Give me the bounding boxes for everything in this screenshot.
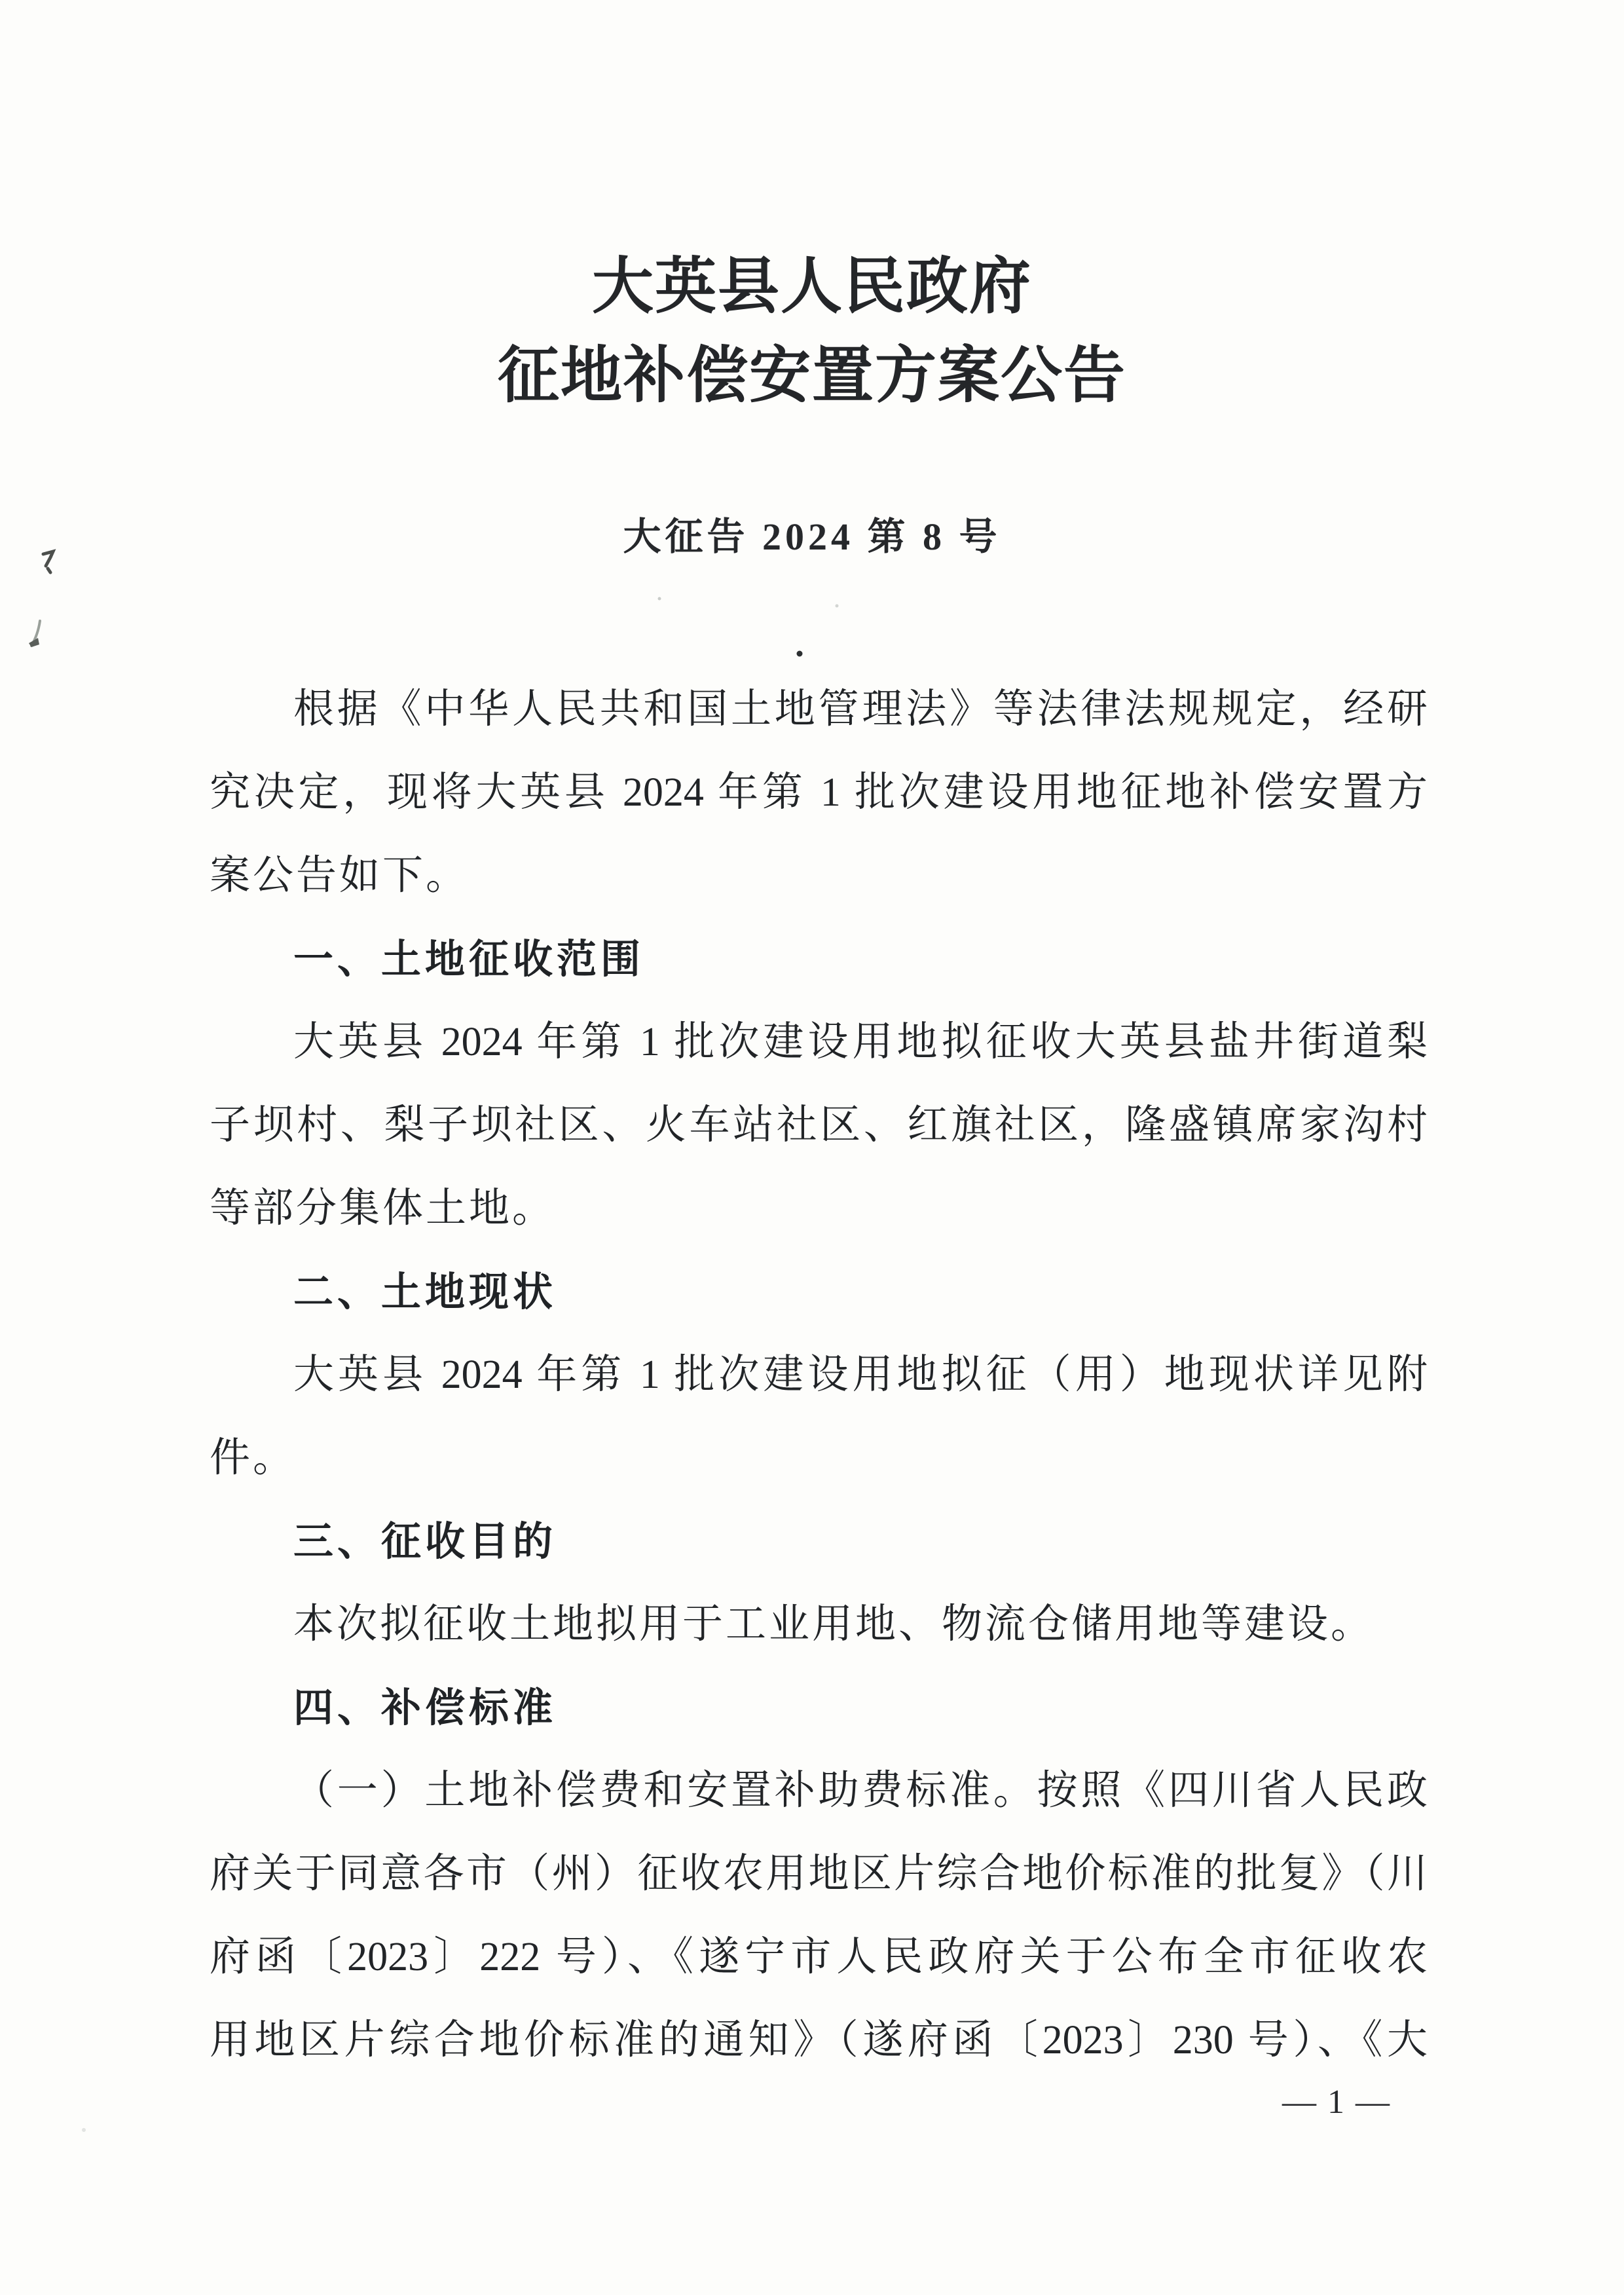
body-line: 件。: [210, 1417, 1428, 1500]
section-heading: 二、土地现状: [210, 1250, 1428, 1334]
scan-artifact-speck3: [82, 2128, 86, 2132]
section-heading: 一、土地征收范围: [210, 918, 1428, 1001]
body-line: 案公告如下。: [210, 834, 1428, 918]
scan-artifact-blob: [29, 638, 39, 647]
body-line: 等部分集体土地。: [210, 1167, 1428, 1250]
body-line: 本次拟征收土地拟用于工业用地、物流仓储用地等建设。: [210, 1583, 1428, 1666]
body-line: 子坝村、梨子坝社区、火车站社区、红旗社区，隆盛镇席家沟村: [210, 1084, 1428, 1167]
section-heading: 三、征收目的: [210, 1500, 1428, 1583]
body-line: （一）土地补偿费和安置补助费标准。按照《四川省人民政: [210, 1749, 1428, 1833]
body-line: 大英县 2024 年第 1 批次建设用地拟征（用）地现状详见附: [210, 1334, 1428, 1417]
document-title-line1: 大英县人民政府: [0, 242, 1624, 331]
body-line: 府函〔2023〕222 号）、《遂宁市人民政府关于公布全市征收农: [210, 1916, 1428, 1999]
body-line: 根据《中华人民共和国土地管理法》等法律法规规定，经研: [210, 668, 1428, 751]
page-number: — 1 —: [1282, 2081, 1391, 2123]
scan-artifact-dot: [797, 651, 803, 657]
section-heading: 四、补偿标准: [210, 1666, 1428, 1749]
body-line: 究决定，现将大英县 2024 年第 1 批次建设用地征地补偿安置方: [210, 751, 1428, 834]
scan-artifact-stroke: [31, 621, 40, 646]
document-title: 大英县人民政府 征地补偿安置方案公告: [0, 242, 1624, 420]
scan-artifact-speck1: [658, 597, 661, 601]
body-line: 府关于同意各市（州）征收农用地区片综合地价标准的批复》（川: [210, 1833, 1428, 1916]
document-title-line2: 征地补偿安置方案公告: [0, 331, 1624, 420]
body-line: 大英县 2024 年第 1 批次建设用地拟征收大英县盐井街道梨: [210, 1001, 1428, 1084]
body-line: 用地区片综合地价标准的通知》（遂府函〔2023〕230 号）、《大: [210, 1999, 1428, 2082]
document-number: 大征告 2024 第 8 号: [0, 511, 1624, 563]
document-body: 根据《中华人民共和国土地管理法》等法律法规规定，经研究决定，现将大英县 2024…: [210, 668, 1428, 2082]
document-page: 大英县人民政府 征地补偿安置方案公告 大征告 2024 第 8 号 根据《中华人…: [0, 0, 1624, 2295]
scan-artifact-speck2: [836, 605, 839, 608]
